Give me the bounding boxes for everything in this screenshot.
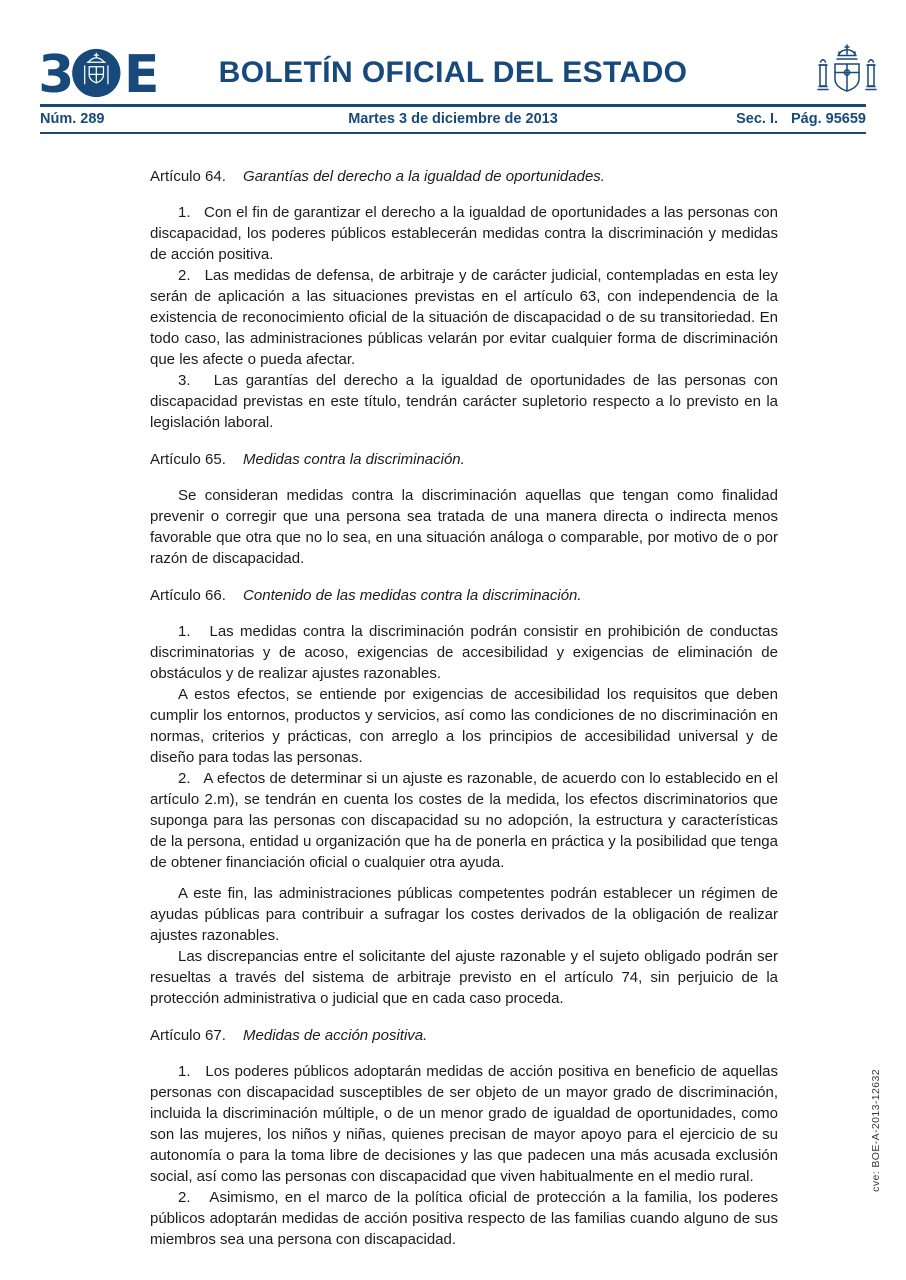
article-67-title: Medidas de acción positiva. <box>243 1027 427 1044</box>
article-65-heading: Artículo 65. Medidas contra la discrimin… <box>150 449 778 470</box>
article-67-label: Artículo 67. <box>150 1027 226 1044</box>
paragraph: 1. Con el fin de garantizar el derecho a… <box>150 202 778 265</box>
article-66-heading: Artículo 66. Contenido de las medidas co… <box>150 585 778 606</box>
paragraph: A este fin, las administraciones pública… <box>150 883 778 946</box>
issue-date: Martes 3 de diciembre de 2013 <box>247 111 660 127</box>
article-65-title: Medidas contra la discriminación. <box>243 451 465 468</box>
article-64-heading: Artículo 64. Garantías del derecho a la … <box>150 166 778 187</box>
article-64-section: Artículo 64. Garantías del derecho a la … <box>150 166 778 433</box>
article-66-section: Artículo 66. Contenido de las medidas co… <box>150 585 778 1009</box>
paragraph: 3. Las garantías del derecho a la iguald… <box>150 370 778 433</box>
paragraph: 1. Los poderes públicos adoptarán medida… <box>150 1061 778 1187</box>
article-67-section: Artículo 67. Medidas de acción positiva.… <box>150 1025 778 1250</box>
spain-coat-of-arms-icon <box>816 42 878 102</box>
section-label: Sec. I. <box>736 111 778 127</box>
paragraph: Las discrepancias entre el solicitante d… <box>150 946 778 1009</box>
article-65-label: Artículo 65. <box>150 451 226 468</box>
article-66-label: Artículo 66. <box>150 587 226 604</box>
paragraph: 1. Las medidas contra la discriminación … <box>150 621 778 684</box>
issue-number: Núm. 289 <box>40 111 247 127</box>
article-64-label: Artículo 64. <box>150 168 226 185</box>
page-number-label: Pág. 95659 <box>791 111 866 127</box>
boe-document-page: 3 E BOLETÍN OFICIAL DEL ESTADO <box>0 0 906 1280</box>
cve-code: cve: BOE-A-2013-12632 <box>870 1069 882 1192</box>
header-band: Núm. 289 Martes 3 de diciembre de 2013 S… <box>40 104 866 134</box>
article-64-title: Garantías del derecho a la igualdad de o… <box>243 168 605 185</box>
paragraph: 2. A efectos de determinar si un ajuste … <box>150 768 778 873</box>
masthead-title: BOLETÍN OFICIAL DEL ESTADO <box>0 56 906 90</box>
document-body: Artículo 64. Garantías del derecho a la … <box>150 166 778 1250</box>
paragraph: 2. Asimismo, en el marco de la política … <box>150 1187 778 1250</box>
article-65-section: Artículo 65. Medidas contra la discrimin… <box>150 449 778 569</box>
paragraph: Se consideran medidas contra la discrimi… <box>150 485 778 569</box>
section-page: Sec. I.Pág. 95659 <box>660 111 867 127</box>
article-67-heading: Artículo 67. Medidas de acción positiva. <box>150 1025 778 1046</box>
article-66-title: Contenido de las medidas contra la discr… <box>243 587 582 604</box>
paragraph: A estos efectos, se entiende por exigenc… <box>150 684 778 768</box>
paragraph: 2. Las medidas de defensa, de arbitraje … <box>150 265 778 370</box>
